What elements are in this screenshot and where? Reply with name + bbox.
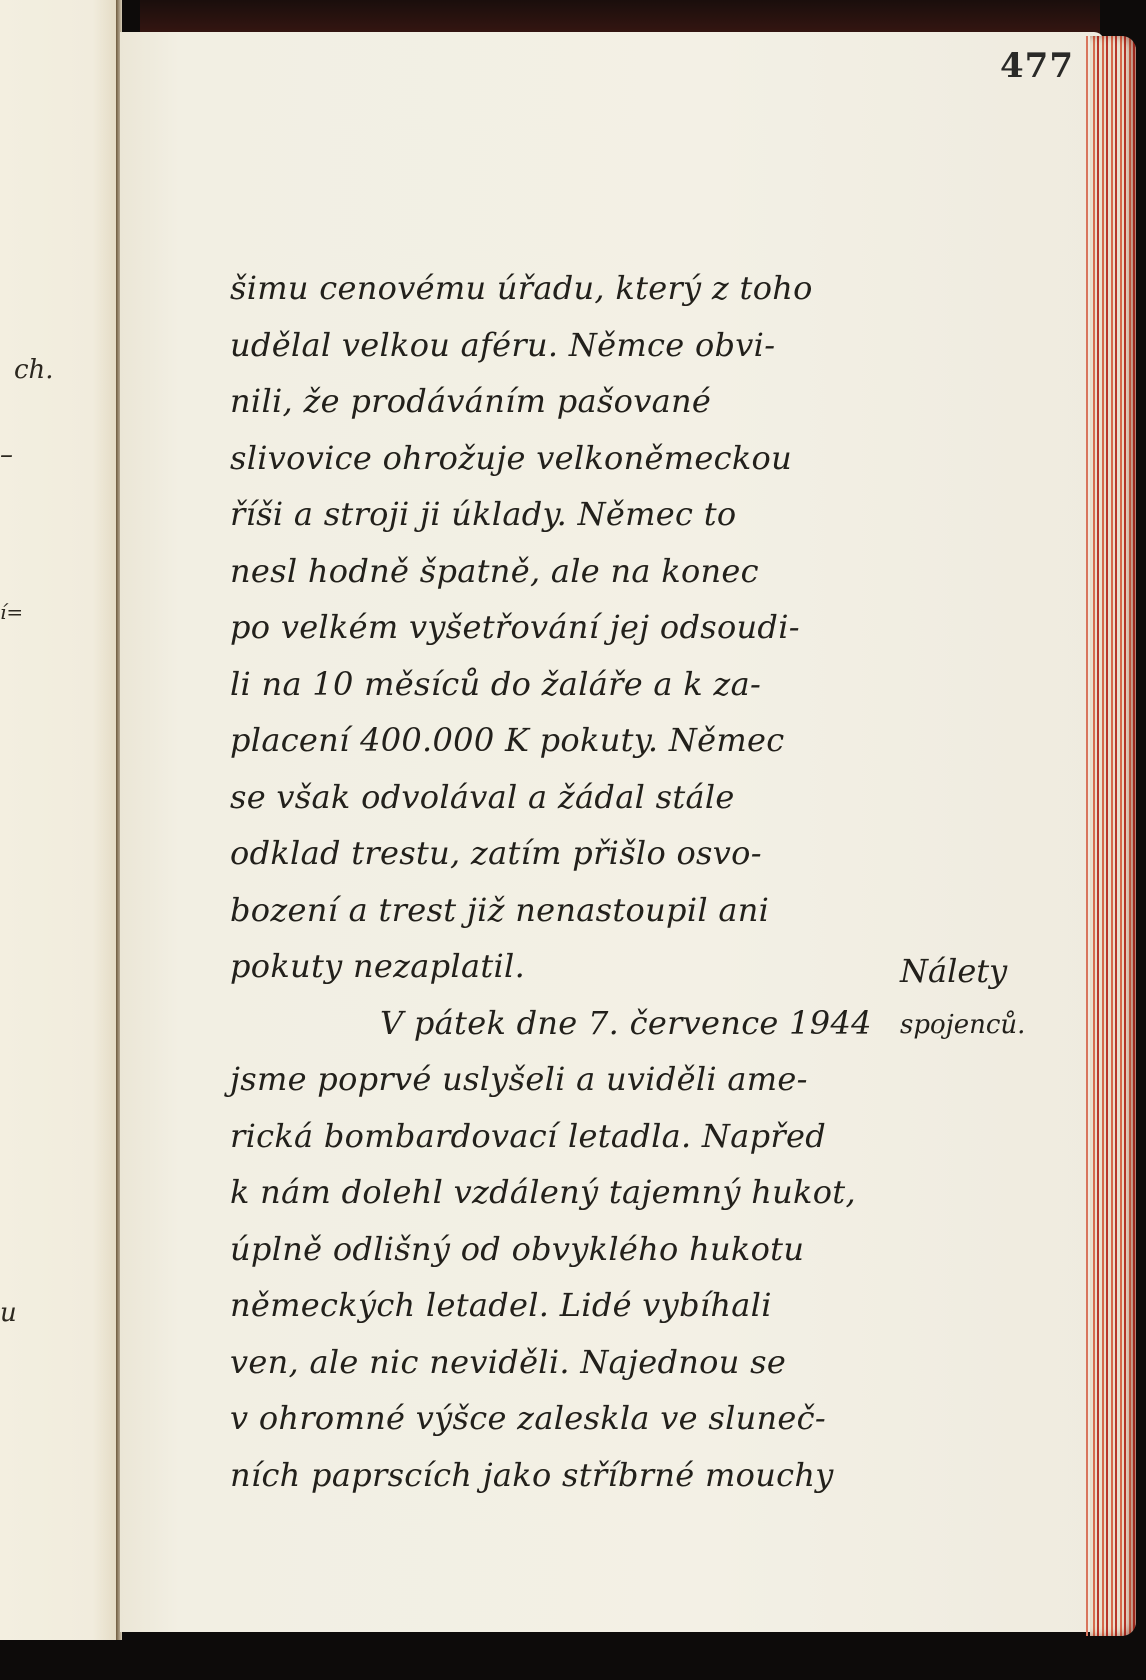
text-line: k nám dolehl vzdálený tajemný hukot, (230, 1164, 910, 1221)
text-line: ních paprscích jako stříbrné mouchy (230, 1447, 910, 1504)
left-page-fragment: u (0, 1298, 17, 1328)
handwritten-text: šimu cenovému úřadu, který z toho udělal… (230, 260, 910, 1503)
text-line: slivovice ohrožuje velkoněmeckou (230, 430, 910, 487)
text-line: jsme poprvé uslyšeli a uviděli ame- (230, 1051, 910, 1108)
text-line: nesl hodně špatně, ale na konec (230, 543, 910, 600)
text-line: li na 10 měsíců do žaláře a k za- (230, 656, 910, 713)
text-line: rická bombardovací letadla. Napřed (230, 1108, 910, 1165)
page-number: 477 (1000, 46, 1074, 86)
text-line: šimu cenovému úřadu, který z toho (230, 260, 910, 317)
text-line-paragraph-start: V pátek dne 7. července 1944 (230, 995, 910, 1052)
text-line: placení 400.000 K pokuty. Němec (230, 712, 910, 769)
text-line: v ohromné výšce zaleskla ve sluneč- (230, 1390, 910, 1447)
text-line: udělal velkou aféru. Němce obvi- (230, 317, 910, 374)
text-line: bození a trest již nenastoupil ani (230, 882, 910, 939)
left-page: ch. – í= u (0, 0, 118, 1640)
book-spread: ch. – í= u 477 šimu cenovému úřadu, kter… (0, 0, 1146, 1680)
text-line: se však odvolával a žádal stále (230, 769, 910, 826)
text-line: úplně odlišný od obvyklého hukotu (230, 1221, 910, 1278)
page-edge-rule (1086, 36, 1088, 1636)
left-page-fragment: í= (0, 600, 23, 624)
text-line: po velkém vyšetřování jej odsoudi- (230, 599, 910, 656)
text-line: pokuty nezaplatil. (230, 938, 910, 995)
left-page-fragment: ch. (14, 355, 54, 385)
margin-note-subtitle: spojenců. (900, 1010, 1025, 1040)
text-line: ven, ale nic neviděli. Najednou se (230, 1334, 910, 1391)
text-line: říši a stroji ji úklady. Němec to (230, 486, 910, 543)
text-line: německých letadel. Lidé vybíhali (230, 1277, 910, 1334)
page-edges-red (1090, 36, 1136, 1636)
left-page-fragment: – (0, 440, 13, 470)
text-line: nili, že prodáváním pašované (230, 373, 910, 430)
margin-note-title: Nálety (900, 952, 1007, 990)
text-line: odklad trestu, zatím přišlo osvo- (230, 825, 910, 882)
